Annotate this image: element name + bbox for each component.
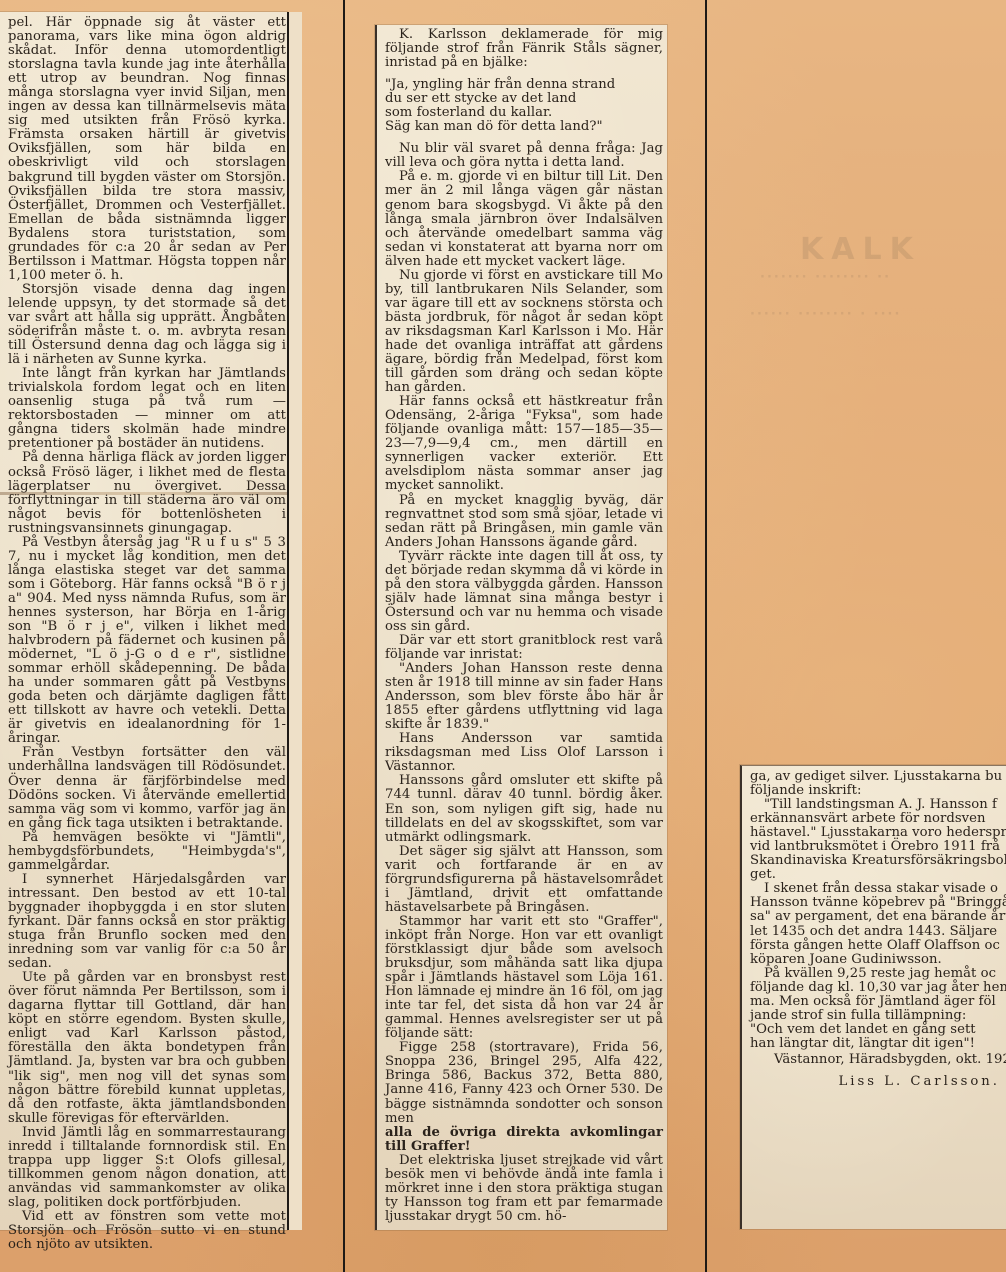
article-text-right: ga, av gediget silver. Ljusstakarna bu f… xyxy=(750,770,1006,1089)
paragraph: På Vestbyn återsåg jag "R u f u s" 5 3 7… xyxy=(8,536,286,747)
paragraph: pel. Här öppnade sig åt väster ett panor… xyxy=(8,16,286,283)
text-line: följande dag kl. 10,30 var jag åter hem xyxy=(750,981,1006,995)
background-ghost-line: ······· ········ ·· xyxy=(760,270,891,285)
text-line: följande inskrift: xyxy=(750,784,1006,798)
background-ghost-line: ······ ········ · ···· xyxy=(750,307,901,322)
intro-paragraph: K. Karlsson deklamerade för mig följande… xyxy=(385,28,663,70)
paragraph: I synnerhet Härjedalsgården var intressa… xyxy=(8,873,286,971)
text-line: köparen Joane Gudiniwsson. xyxy=(750,953,1006,967)
text-line: jande strof sin fulla tillämpning: xyxy=(750,1009,1006,1023)
poem-verse: "Ja, yngling här från denna strand du se… xyxy=(385,78,663,134)
scrapbook-rule-right xyxy=(705,0,707,1272)
text-line: "Till landstingsman A. J. Hansson f xyxy=(750,798,1006,812)
verse-line: han längtar dit, längtar dit igen"! xyxy=(750,1037,1006,1051)
verse-line: "Och vem det landet en gång sett xyxy=(750,1023,1006,1037)
text-line: På kvällen 9,25 reste jag hemåt oc xyxy=(750,967,1006,981)
newspaper-clipping-right: ga, av gediget silver. Ljusstakarna bu f… xyxy=(740,765,1006,1229)
inscription-quote: "Anders Johan Hansson reste denna sten å… xyxy=(385,662,663,732)
paragraph: På denna härliga fläck av jorden ligger … xyxy=(8,451,286,535)
newspaper-clipping-middle: K. Karlsson deklamerade för mig följande… xyxy=(375,25,667,1230)
text-line: erkännansvärt arbete för nordsven xyxy=(750,812,1006,826)
paragraph: Här fanns också ett hästkreatur från Ode… xyxy=(385,395,663,493)
paragraph: Invid Jämtli låg en sommarrestaurang inr… xyxy=(8,1126,286,1210)
paragraph: Vid ett av fönstren som vette mot Storsj… xyxy=(8,1210,286,1252)
text-line: vid lantbruksmötet i Örebro 1911 frå xyxy=(750,840,1006,854)
text-line: Skandinaviska Kreatursförsäkringsbol xyxy=(750,854,1006,868)
paragraph: Tyvärr räckte inte dagen till åt oss, ty… xyxy=(385,550,663,634)
text-line: ma. Men också för Jämtland äger föl xyxy=(750,995,1006,1009)
text-line: let 1435 och det andra 1443. Säljare xyxy=(750,925,1006,939)
article-text-middle: K. Karlsson deklamerade för mig följande… xyxy=(385,28,663,1224)
paragraph: Det elektriska ljuset strejkade vid vårt… xyxy=(385,1154,663,1224)
paragraph: Där var ett stort granitblock rest varå … xyxy=(385,634,663,662)
author-signature: Liss L. Carlsson. xyxy=(750,1075,1006,1089)
paragraph: Från Vestbyn fortsätter den väl underhål… xyxy=(8,746,286,830)
text-line: första gången hette Olaff Olaffson oc xyxy=(750,939,1006,953)
paragraph: Nu gjorde vi först en avstickare till Mo… xyxy=(385,269,663,395)
text-line: ga, av gediget silver. Ljusstakarna bu xyxy=(750,770,1006,784)
paragraph: Nu blir väl svaret på denna fråga: Jag v… xyxy=(385,142,663,170)
paragraph: Ute på gården var en bronsbyst rest över… xyxy=(8,971,286,1126)
emphasis-line: alla de övriga direkta avkomlingar till … xyxy=(385,1126,663,1154)
paragraph: På en mycket knagglig byväg, där regnvat… xyxy=(385,494,663,550)
paragraph: Inte långt från kyrkan har Jämtlands tri… xyxy=(8,367,286,451)
place-and-date: Västannor, Häradsbygden, okt. 1925. xyxy=(750,1053,1006,1067)
pedigree-list: Figge 258 (stortravare), Frida 56, Snopp… xyxy=(385,1041,663,1125)
text-line: sa" av pergament, det ena bärande årta xyxy=(750,910,1006,924)
paragraph: Stammor har varit ett sto "Graffer", ink… xyxy=(385,915,663,1041)
clipping-edge xyxy=(287,12,302,1230)
paragraph: Hanssons gård omsluter ett skifte på 744… xyxy=(385,774,663,844)
paragraph: På hemvägen besökte vi "Jämtli", hembygd… xyxy=(8,831,286,873)
scrapbook-rule-left xyxy=(343,0,345,1272)
article-text-left: pel. Här öppnade sig åt väster ett panor… xyxy=(8,16,286,1252)
paragraph: Det säger sig självt att Hansson, som va… xyxy=(385,845,663,915)
paragraph: Storsjön visade denna dag ingen lelende … xyxy=(8,283,286,367)
paragraph: På e. m. gjorde vi en biltur till Lit. D… xyxy=(385,170,663,268)
paragraph: Hans Andersson var samtida riksdagsman m… xyxy=(385,732,663,774)
newspaper-clipping-left: pel. Här öppnade sig åt väster ett panor… xyxy=(0,12,287,1230)
background-ghost-heading: KALK xyxy=(800,232,921,267)
